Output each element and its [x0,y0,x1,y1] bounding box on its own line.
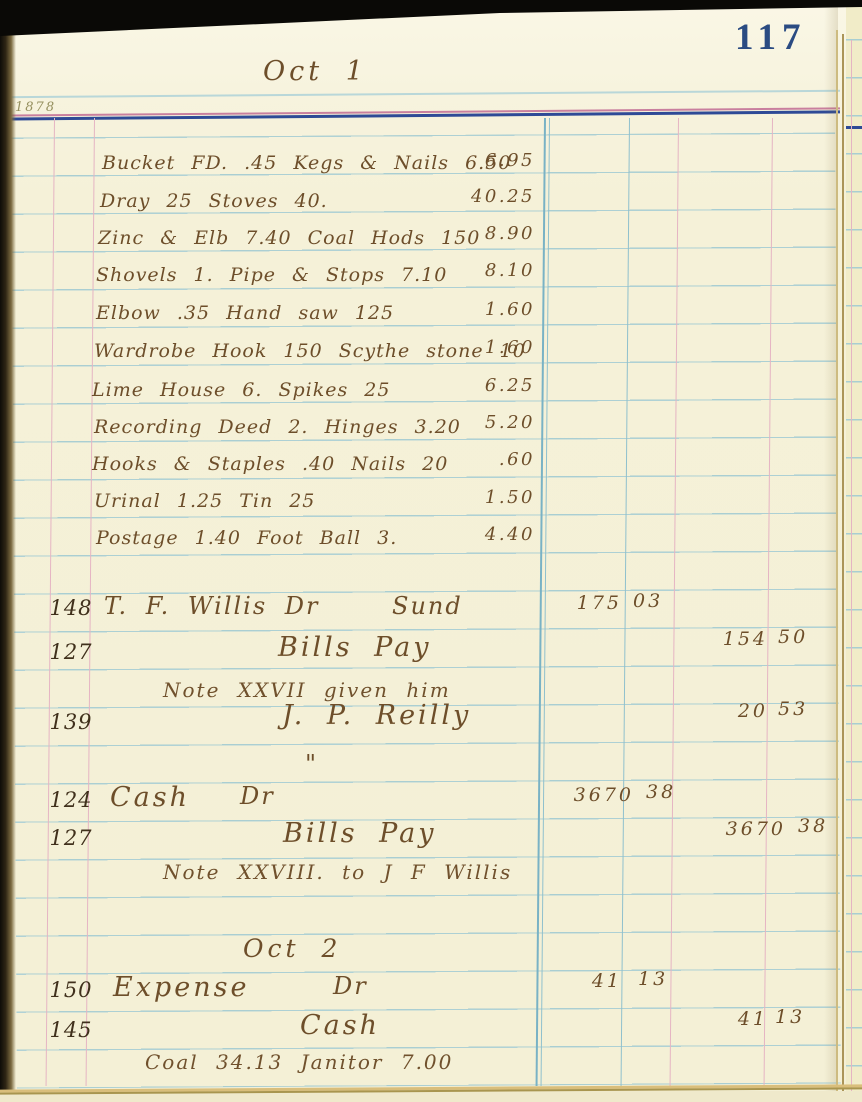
item-desc: Hooks & Staples .40 Nails 20 [92,453,448,475]
page-number: 117 [735,16,806,59]
memo-line: Note XXVIII. to J F Willis [163,860,512,884]
item-desc: Dray 25 Stoves 40. [100,190,328,212]
binding-gutter [0,0,16,1102]
account-note: Dr [240,782,275,810]
ditto-mark: " [305,750,318,778]
item-amount: .60 [440,449,535,470]
item-desc: Shovels 1. Pipe & Stops 7.10 [96,264,447,286]
item-desc: Elbow .35 Hand saw 125 [96,302,394,324]
ledger-page: 117 1878 Oct 1 Bucket FD. .45 Kegs & Nai… [0,0,862,1102]
folio-number: 145 [48,1018,94,1042]
page-edge-line-outer [836,30,838,1102]
memo-line: Coal 34.13 Janitor 7.00 [145,1050,453,1074]
item-amount: 1.60 [440,337,535,358]
debit-dollars: 41 [536,970,622,992]
date-heading-2: Oct 2 [243,934,341,963]
next-page-header-rule [846,126,862,129]
account-name: Bills Pay [278,632,432,663]
account-note: Sund [392,592,463,620]
credit-dollars: 20 [682,700,768,722]
account-name: J. P. Reilly [282,700,471,731]
credit-cents: 13 [775,1006,805,1028]
account-name: Cash [300,1010,380,1041]
account-name: Cash [110,782,190,813]
debit-dollars: 175 [536,592,622,614]
item-amount: 8.10 [440,260,535,281]
debit-cents: 03 [633,590,663,612]
next-page-edge [846,0,862,1102]
item-desc: Postage 1.40 Foot Ball 3. [96,527,397,549]
item-amount: 4.40 [440,524,535,545]
folio-number: 124 [48,788,94,812]
folio-number: 127 [48,826,94,850]
scan-background-top [0,0,862,38]
item-amount: 5.20 [440,412,535,433]
folio-number: 127 [48,640,94,664]
item-desc: Urinal 1.25 Tin 25 [94,490,315,512]
item-desc: Lime House 6. Spikes 25 [92,379,390,401]
item-amount: 40.25 [440,186,535,207]
account-note: Dr [333,972,368,1000]
account-name: Bills Pay [283,818,437,849]
item-amount: 6.95 [440,150,535,171]
item-amount: 1.50 [440,487,535,508]
item-amount: 1.60 [440,299,535,320]
account-name: T. F. Willis Dr [104,592,320,620]
account-name: Expense [113,972,249,1003]
debit-dollars: 3670 [548,784,634,806]
folio-number: 148 [48,596,94,620]
next-page-pink-rule [851,40,852,1102]
folio-number: 139 [48,710,94,734]
date-heading: Oct 1 [263,56,367,87]
credit-cents: 50 [778,626,808,648]
item-amount: 6.25 [440,375,535,396]
memo-line: Note XXVII given him [163,678,451,702]
item-desc: Recording Deed 2. Hinges 3.20 [94,416,461,438]
item-desc: Zinc & Elb 7.40 Coal Hods 150 [98,227,480,249]
item-amount: 8.90 [440,223,535,244]
credit-dollars: 3670 [700,818,786,840]
credit-dollars: 41 [682,1008,768,1030]
year-note: 1878 [15,100,56,115]
header-rule-light [0,90,840,98]
folio-number: 150 [48,978,94,1002]
debit-cents: 13 [638,968,668,990]
credit-dollars: 154 [682,628,768,650]
debit-cents: 38 [646,781,676,803]
page-edge-line-inner [842,34,844,1102]
credit-cents: 53 [778,698,808,720]
